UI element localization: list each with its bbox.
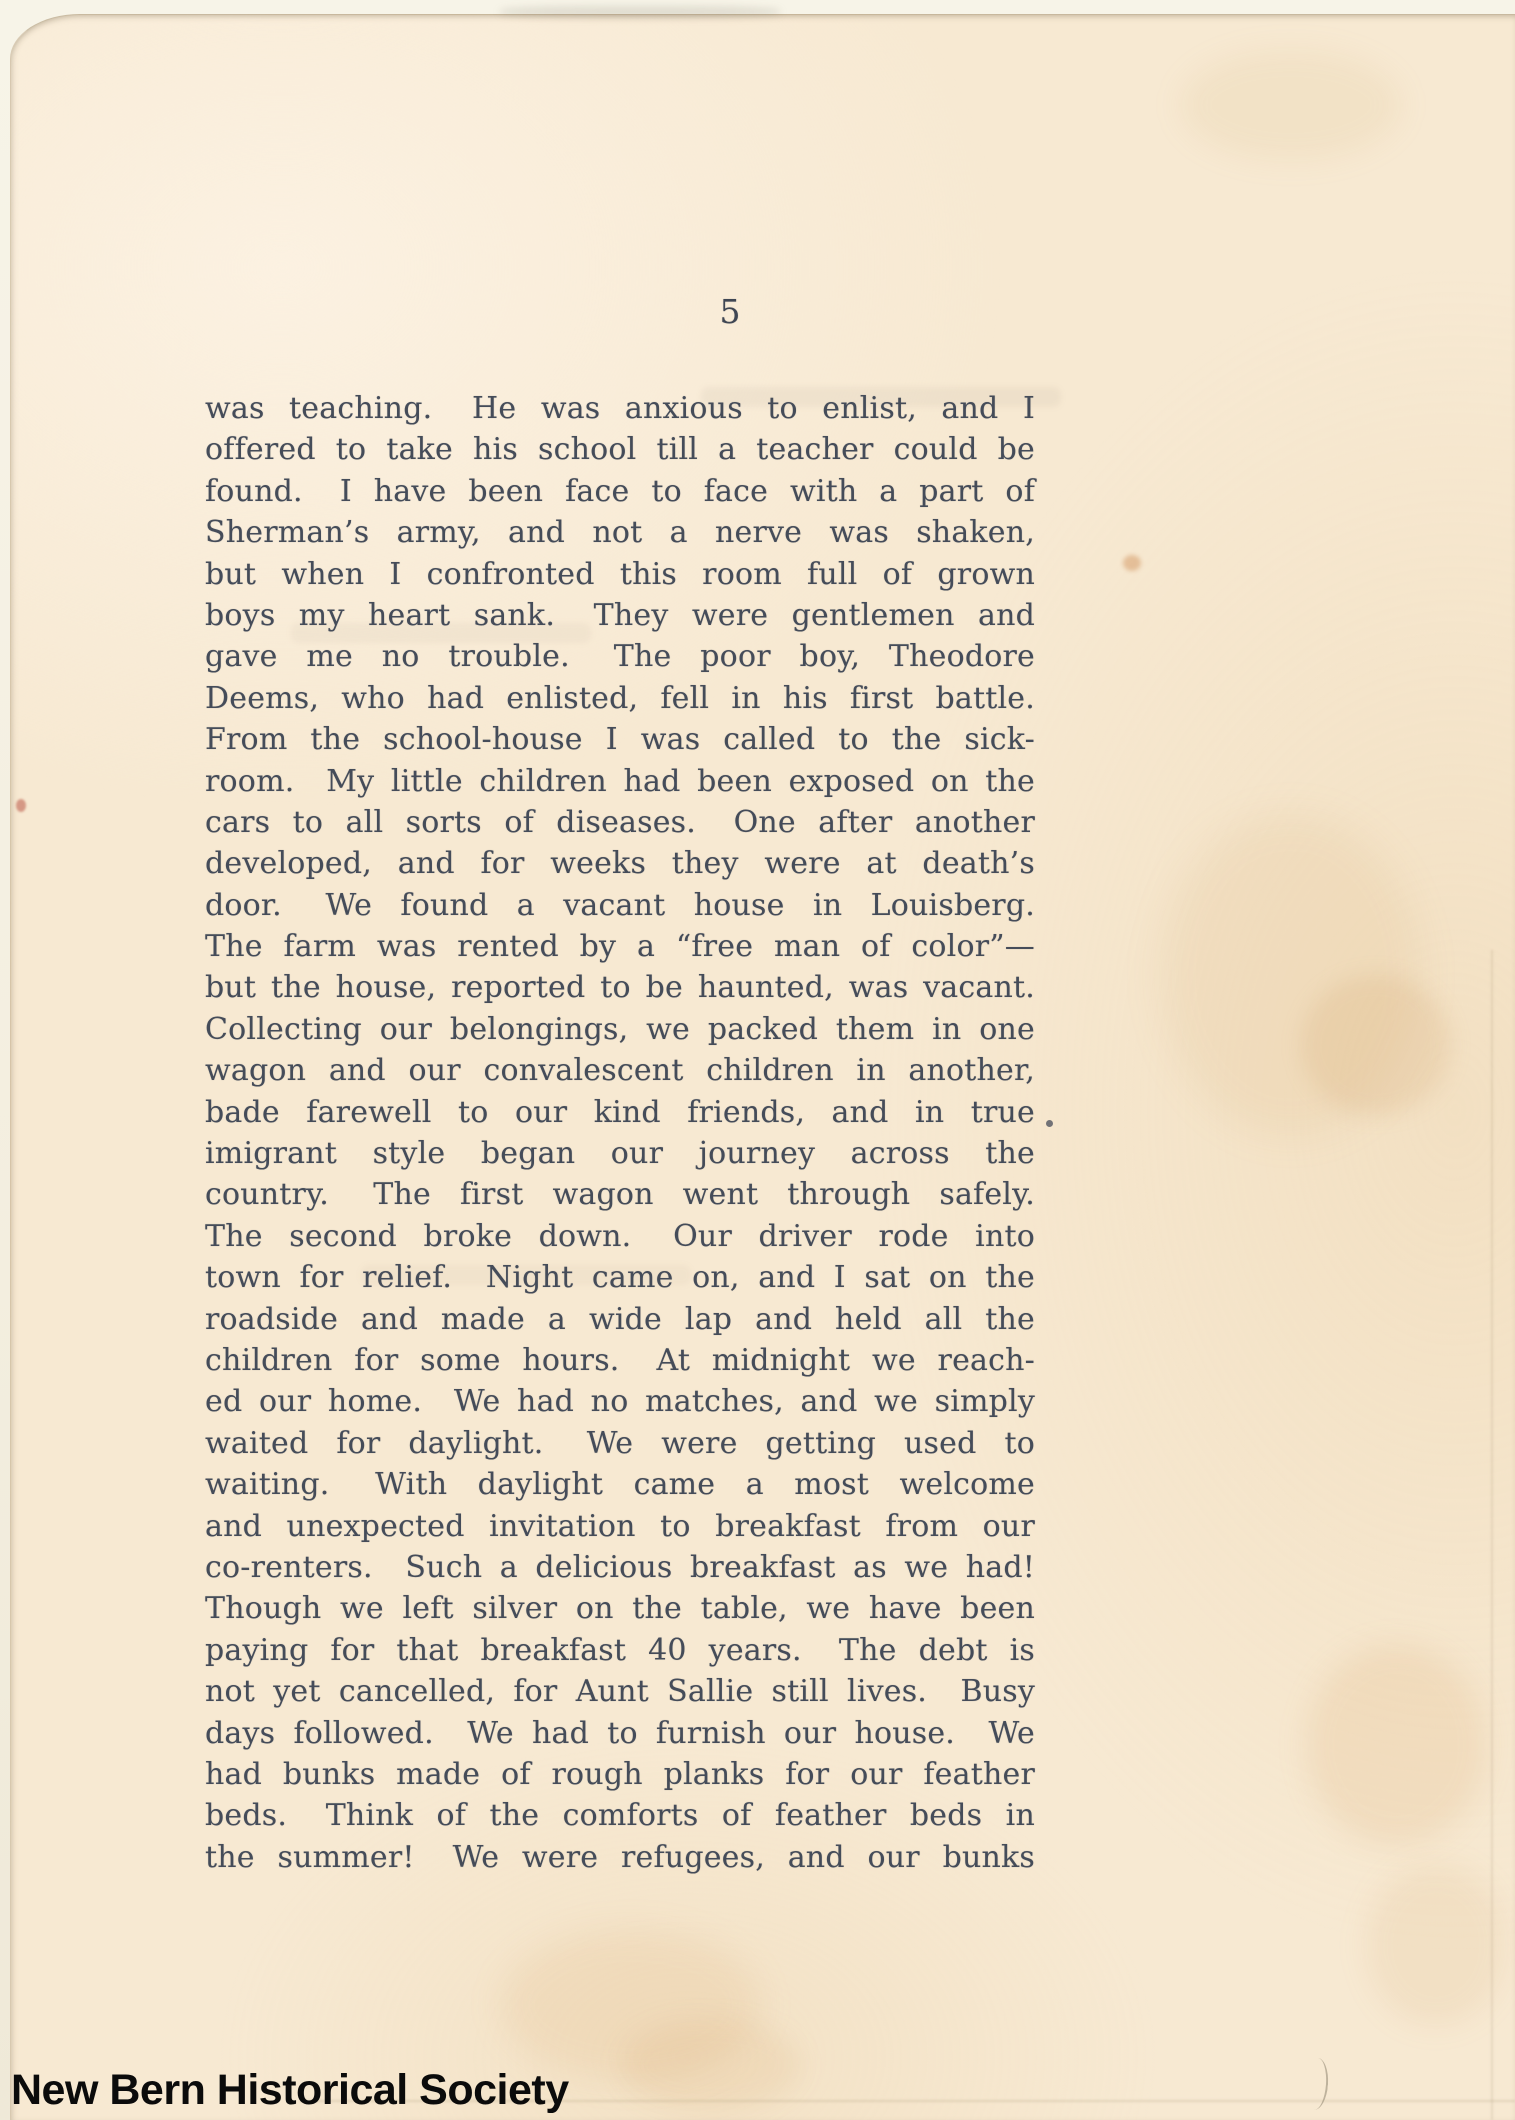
text-line: country. The first wagon went through sa… xyxy=(205,1174,1035,1215)
text-line: developed, and for weeks they were at de… xyxy=(205,843,1035,884)
scanned-page: 5 was teaching. He was anxious to enlist… xyxy=(0,0,1515,2120)
page-top-edge-smudge xyxy=(500,6,780,18)
text-line: the summer! We were refugees, and our bu… xyxy=(205,1837,1035,1878)
text-line: Collecting our belongings, we packed the… xyxy=(205,1009,1035,1050)
ink-speck xyxy=(1123,555,1141,571)
foxing-stain xyxy=(501,1930,761,2080)
text-line: but when I confronted this room full of … xyxy=(205,554,1035,595)
text-line: beds. Think of the comforts of feather b… xyxy=(205,1795,1035,1836)
text-line: Sherman’s army, and not a nerve was shak… xyxy=(205,512,1035,553)
text-line: From the school-house I was called to th… xyxy=(205,719,1035,760)
text-line: room. My little children had been expose… xyxy=(205,761,1035,802)
text-line: and unexpected invitation to breakfast f… xyxy=(205,1506,1035,1547)
text-line: offered to take his school till a teache… xyxy=(205,429,1035,470)
text-line: was teaching. He was anxious to enlist, … xyxy=(205,388,1035,429)
text-line: not yet cancelled, for Aunt Sallie still… xyxy=(205,1671,1035,1712)
text-line: gave me no trouble. The poor boy, Theodo… xyxy=(205,636,1035,677)
foxing-stain xyxy=(1181,50,1401,160)
watermark-label: New Bern Historical Society xyxy=(11,2066,569,2115)
text-line: children for some hours. At midnight we … xyxy=(205,1340,1035,1381)
text-line: found. I have been face to face with a p… xyxy=(205,471,1035,512)
body-text: was teaching. He was anxious to enlist, … xyxy=(205,388,1035,1878)
text-line: town for relief. Night came on, and I sa… xyxy=(205,1257,1035,1298)
text-line: door. We found a vacant house in Louisbe… xyxy=(205,885,1035,926)
text-line: wagon and our convalescent children in a… xyxy=(205,1050,1035,1091)
foxing-stain xyxy=(1306,1645,1486,1845)
page-number: 5 xyxy=(700,292,760,331)
text-line: cars to all sorts of diseases. One after… xyxy=(205,802,1035,843)
text-line: Though we left silver on the table, we h… xyxy=(205,1588,1035,1629)
foxing-stain xyxy=(1366,1865,1506,2025)
foxing-stain xyxy=(1301,975,1451,1115)
text-line: paying for that breakfast 40 years. The … xyxy=(205,1630,1035,1671)
text-line: bade farewell to our kind friends, and i… xyxy=(205,1092,1035,1133)
text-line: imigrant style began our journey across … xyxy=(205,1133,1035,1174)
text-line: days followed. We had to furnish our hou… xyxy=(205,1713,1035,1754)
text-line: The second broke down. Our driver rode i… xyxy=(205,1216,1035,1257)
foxing-stain xyxy=(1161,815,1421,1135)
text-line: waited for daylight. We were getting use… xyxy=(205,1423,1035,1464)
text-line: but the house, reported to be haunted, w… xyxy=(205,967,1035,1008)
text-line: co-renters. Such a delicious breakfast a… xyxy=(205,1547,1035,1588)
text-line: The farm was rented by a “free man of co… xyxy=(205,926,1035,967)
foxing-stain xyxy=(621,2020,801,2110)
text-line: roadside and made a wide lap and held al… xyxy=(205,1299,1035,1340)
page-right-crease xyxy=(1491,950,1493,2120)
text-line: had bunks made of rough planks for our f… xyxy=(205,1754,1035,1795)
text-line: ed our home. We had no matches, and we s… xyxy=(205,1381,1035,1422)
text-line: waiting. With daylight came a most welco… xyxy=(205,1464,1035,1505)
text-line: boys my heart sank. They were gentlemen … xyxy=(205,595,1035,636)
red-speck xyxy=(16,799,26,812)
text-line: Deems, who had enlisted, fell in his fir… xyxy=(205,678,1035,719)
